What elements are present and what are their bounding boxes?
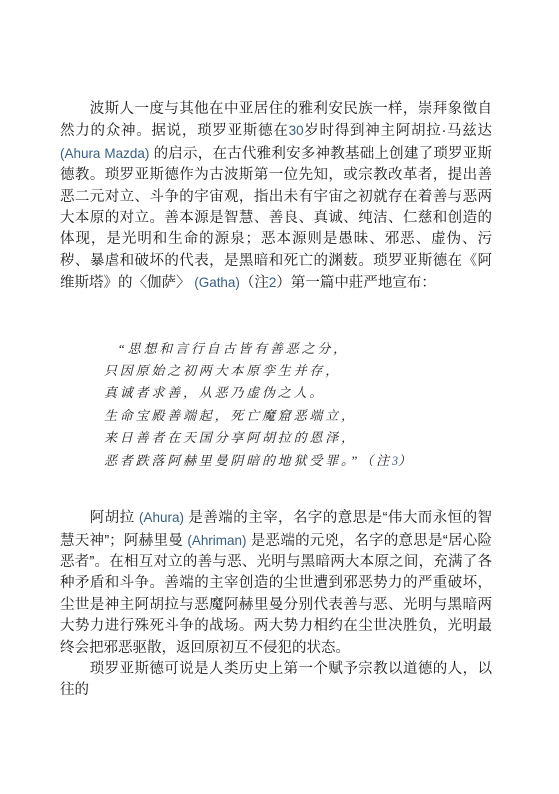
chinese-text-segment: 来日善者在天国分享阿胡拉的恩泽， — [104, 430, 357, 445]
latin-text-segment: 30 — [289, 123, 304, 138]
poem-line-5: 来日善者在天国分享阿胡拉的恩泽， — [104, 427, 492, 449]
paragraph-intro: 波斯人一度与其他在中亚居住的雅利安民族一样，崇拜象徵自然力的众神。据说，琐罗亚斯… — [60, 99, 492, 295]
poem-quote-block: “思想和言行自古皆有善恶之分， 只因原始之初两大本原孪生并存， 真诚者求善，从恶… — [104, 338, 492, 472]
chinese-text-segment: 生命宝殿善端起，死亡魔窟恶端立， — [104, 408, 357, 423]
chinese-text-segment: 真诚者求善，从恶乃虚伪之人。 — [104, 385, 325, 400]
paragraph-morality: 琐罗亚斯德可说是人类历史上第一个赋予宗教以道德的人，以往的 — [60, 659, 492, 702]
chinese-text-segment: ）第一篇中莊严地宣布： — [276, 275, 436, 291]
chinese-text-segment: 阿胡拉 — [90, 510, 139, 526]
chinese-text-segment: 恶者跌落阿赫里曼阴暗的地狱受罪。”（注 — [104, 453, 392, 468]
chinese-text-segment: 只因原始之初两大本原孪生并存， — [104, 363, 341, 378]
chinese-text-segment: 琐罗亚斯德可说是人类历史上第一个赋予宗教以道德的人，以往的 — [60, 661, 492, 698]
latin-text-segment: (Ahura Mazda) — [60, 146, 149, 161]
latin-text-segment: (Gatha) — [191, 275, 240, 290]
document-page: 波斯人一度与其他在中亚居住的雅利安民族一样，崇拜象徵自然力的众神。据说，琐罗亚斯… — [0, 0, 559, 794]
poem-line-4: 生命宝殿善端起，死亡魔窟恶端立， — [104, 405, 492, 427]
chinese-text-segment: 的启示，在古代雅利安多神教基础上创建了琐罗亚斯德教。琐罗亚斯德作为古波斯第一位先… — [60, 146, 492, 291]
chinese-text-segment: （注 — [240, 275, 269, 291]
poem-line-2: 只因原始之初两大本原孪生并存， — [104, 360, 492, 382]
chinese-text-segment: 是恶端的元兇，名字的意思是“居心险恶者”。在相互对立的善与恶、光明与黑暗两大本原… — [60, 533, 492, 656]
chinese-text-segment: ） — [398, 453, 414, 468]
chinese-text-segment: 岁时得到神主阿胡拉·马兹达 — [304, 123, 496, 139]
text-block: 波斯人一度与其他在中亚居住的雅利安民族一样，崇拜象徵自然力的众神。据说，琐罗亚斯… — [60, 99, 492, 702]
poem-line-1: “思想和言行自古皆有善恶之分， — [104, 338, 492, 360]
poem-line-6: 恶者跌落阿赫里曼阴暗的地狱受罪。”（注3） — [104, 450, 492, 472]
poem-line-3: 真诚者求善，从恶乃虚伪之人。 — [104, 382, 492, 404]
latin-text-segment: (Ahriman) — [187, 533, 246, 548]
latin-text-segment: (Ahura) — [139, 510, 184, 525]
paragraph-ahura-ahriman: 阿胡拉 (Ahura) 是善端的主宰，名字的意思是“伟大而永恒的智慧天神”；阿赫… — [60, 507, 492, 659]
chinese-text-segment: “思想和言行自古皆有善恶之分， — [118, 341, 349, 356]
